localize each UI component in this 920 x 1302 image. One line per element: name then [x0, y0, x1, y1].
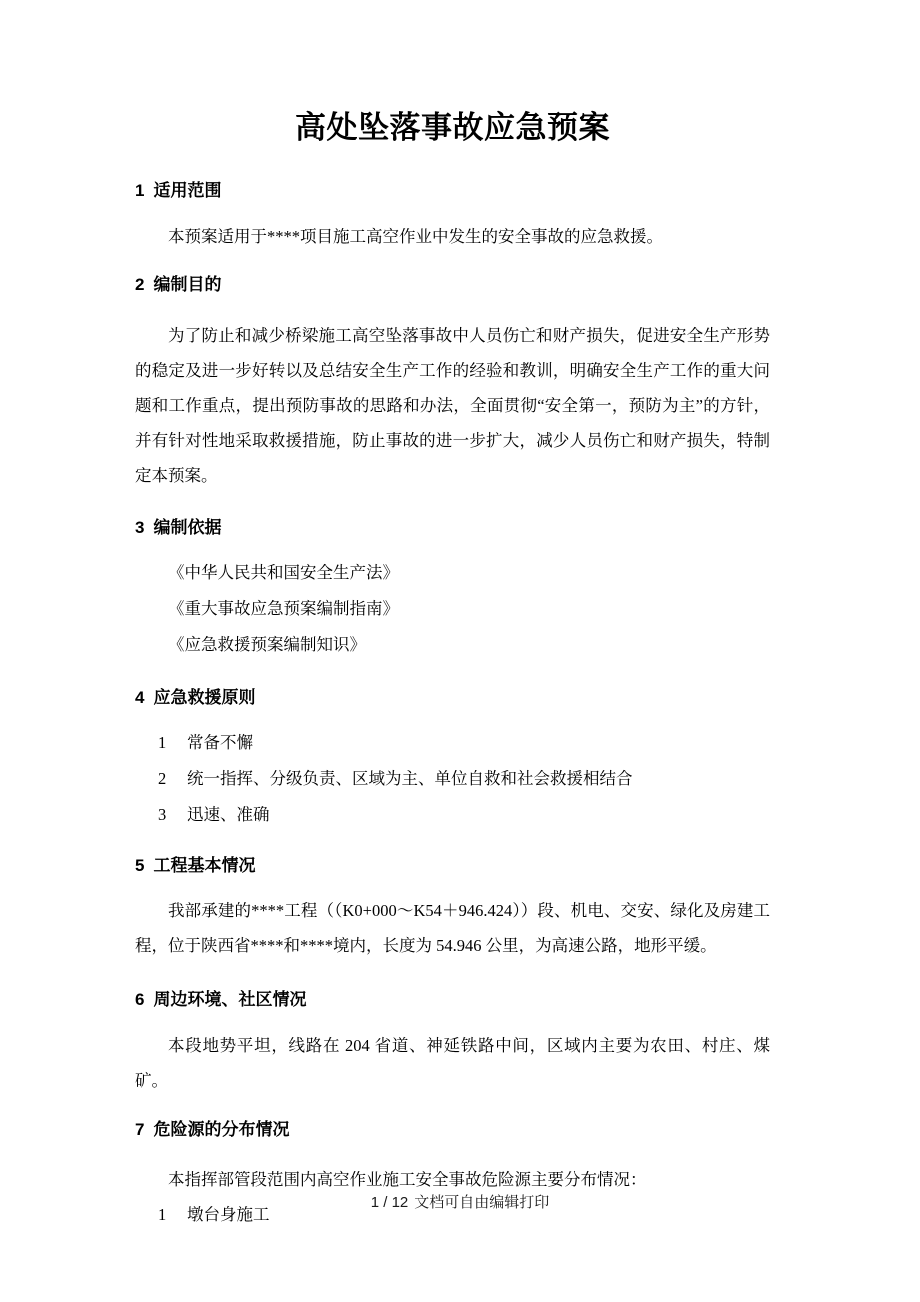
section-5-heading: 5工程基本情况 [135, 856, 770, 876]
section-7-number: 7 [135, 1120, 144, 1139]
section-1-title: 适用范围 [153, 181, 221, 200]
list-item: 2统一指挥、分级负责、区域为主、单位自救和社会救援相结合 [135, 761, 770, 797]
page-indicator: 1 / 12 [371, 1194, 409, 1211]
section-6-title: 周边环境、社区情况 [153, 990, 306, 1009]
list-item: 3迅速、准确 [135, 797, 770, 833]
section-4-heading: 4应急救援原则 [135, 688, 770, 708]
section-4-number: 4 [135, 688, 144, 707]
section-2-number: 2 [135, 275, 144, 294]
page-footer: 1 / 12文档可自由编辑打印 [0, 1191, 920, 1212]
list-item-number: 1 [158, 725, 187, 761]
list-item-text: 统一指挥、分级负责、区域为主、单位自救和社会救援相结合 [187, 769, 633, 788]
section-7-title: 危险源的分布情况 [153, 1120, 289, 1139]
section-1-paragraph: 本预案适用于****项目施工高空作业中发生的安全事故的应急救援。 [135, 219, 770, 254]
section-2-paragraph: 为了防止和减少桥梁施工高空坠落事故中人员伤亡和财产损失，促进安全生产形势的稳定及… [135, 318, 770, 493]
section-5-paragraph: 我部承建的****工程（（K0+000～K54＋946.424））段、机电、交安… [135, 893, 770, 963]
reference-item: 《中华人民共和国安全生产法》 [135, 555, 770, 591]
document-page: 高处坠落事故应急预案 1适用范围 本预案适用于****项目施工高空作业中发生的安… [0, 0, 920, 1302]
section-7-heading: 7危险源的分布情况 [135, 1120, 770, 1140]
section-4-title: 应急救援原则 [153, 688, 255, 707]
list-item-text: 迅速、准确 [187, 805, 270, 824]
list-item-text: 常备不懈 [187, 733, 253, 752]
section-1-number: 1 [135, 181, 144, 200]
document-content: 高处坠落事故应急预案 1适用范围 本预案适用于****项目施工高空作业中发生的安… [0, 105, 920, 1233]
section-3-number: 3 [135, 518, 144, 537]
section-6-number: 6 [135, 990, 144, 1009]
reference-list: 《中华人民共和国安全生产法》 《重大事故应急预案编制指南》 《应急救援预案编制知… [135, 555, 770, 663]
section-5-title: 工程基本情况 [153, 856, 255, 875]
list-item: 1常备不懈 [135, 725, 770, 761]
section-6-heading: 6周边环境、社区情况 [135, 990, 770, 1010]
section-1-heading: 1适用范围 [135, 181, 770, 201]
section-2-heading: 2编制目的 [135, 275, 770, 295]
principle-list: 1常备不懈 2统一指挥、分级负责、区域为主、单位自救和社会救援相结合 3迅速、准… [135, 725, 770, 833]
list-item-number: 3 [158, 797, 187, 833]
footer-note: 文档可自由编辑打印 [414, 1194, 549, 1211]
list-item-number: 2 [158, 761, 187, 797]
section-3-heading: 3编制依据 [135, 518, 770, 538]
section-6-paragraph: 本段地势平坦，线路在 204 省道、神延铁路中间，区域内主要为农田、村庄、煤矿。 [135, 1028, 770, 1098]
document-title: 高处坠落事故应急预案 [135, 105, 770, 151]
reference-item: 《重大事故应急预案编制指南》 [135, 591, 770, 627]
section-5-number: 5 [135, 856, 144, 875]
section-2-title: 编制目的 [153, 275, 221, 294]
section-3-title: 编制依据 [153, 518, 221, 537]
reference-item: 《应急救援预案编制知识》 [135, 627, 770, 663]
